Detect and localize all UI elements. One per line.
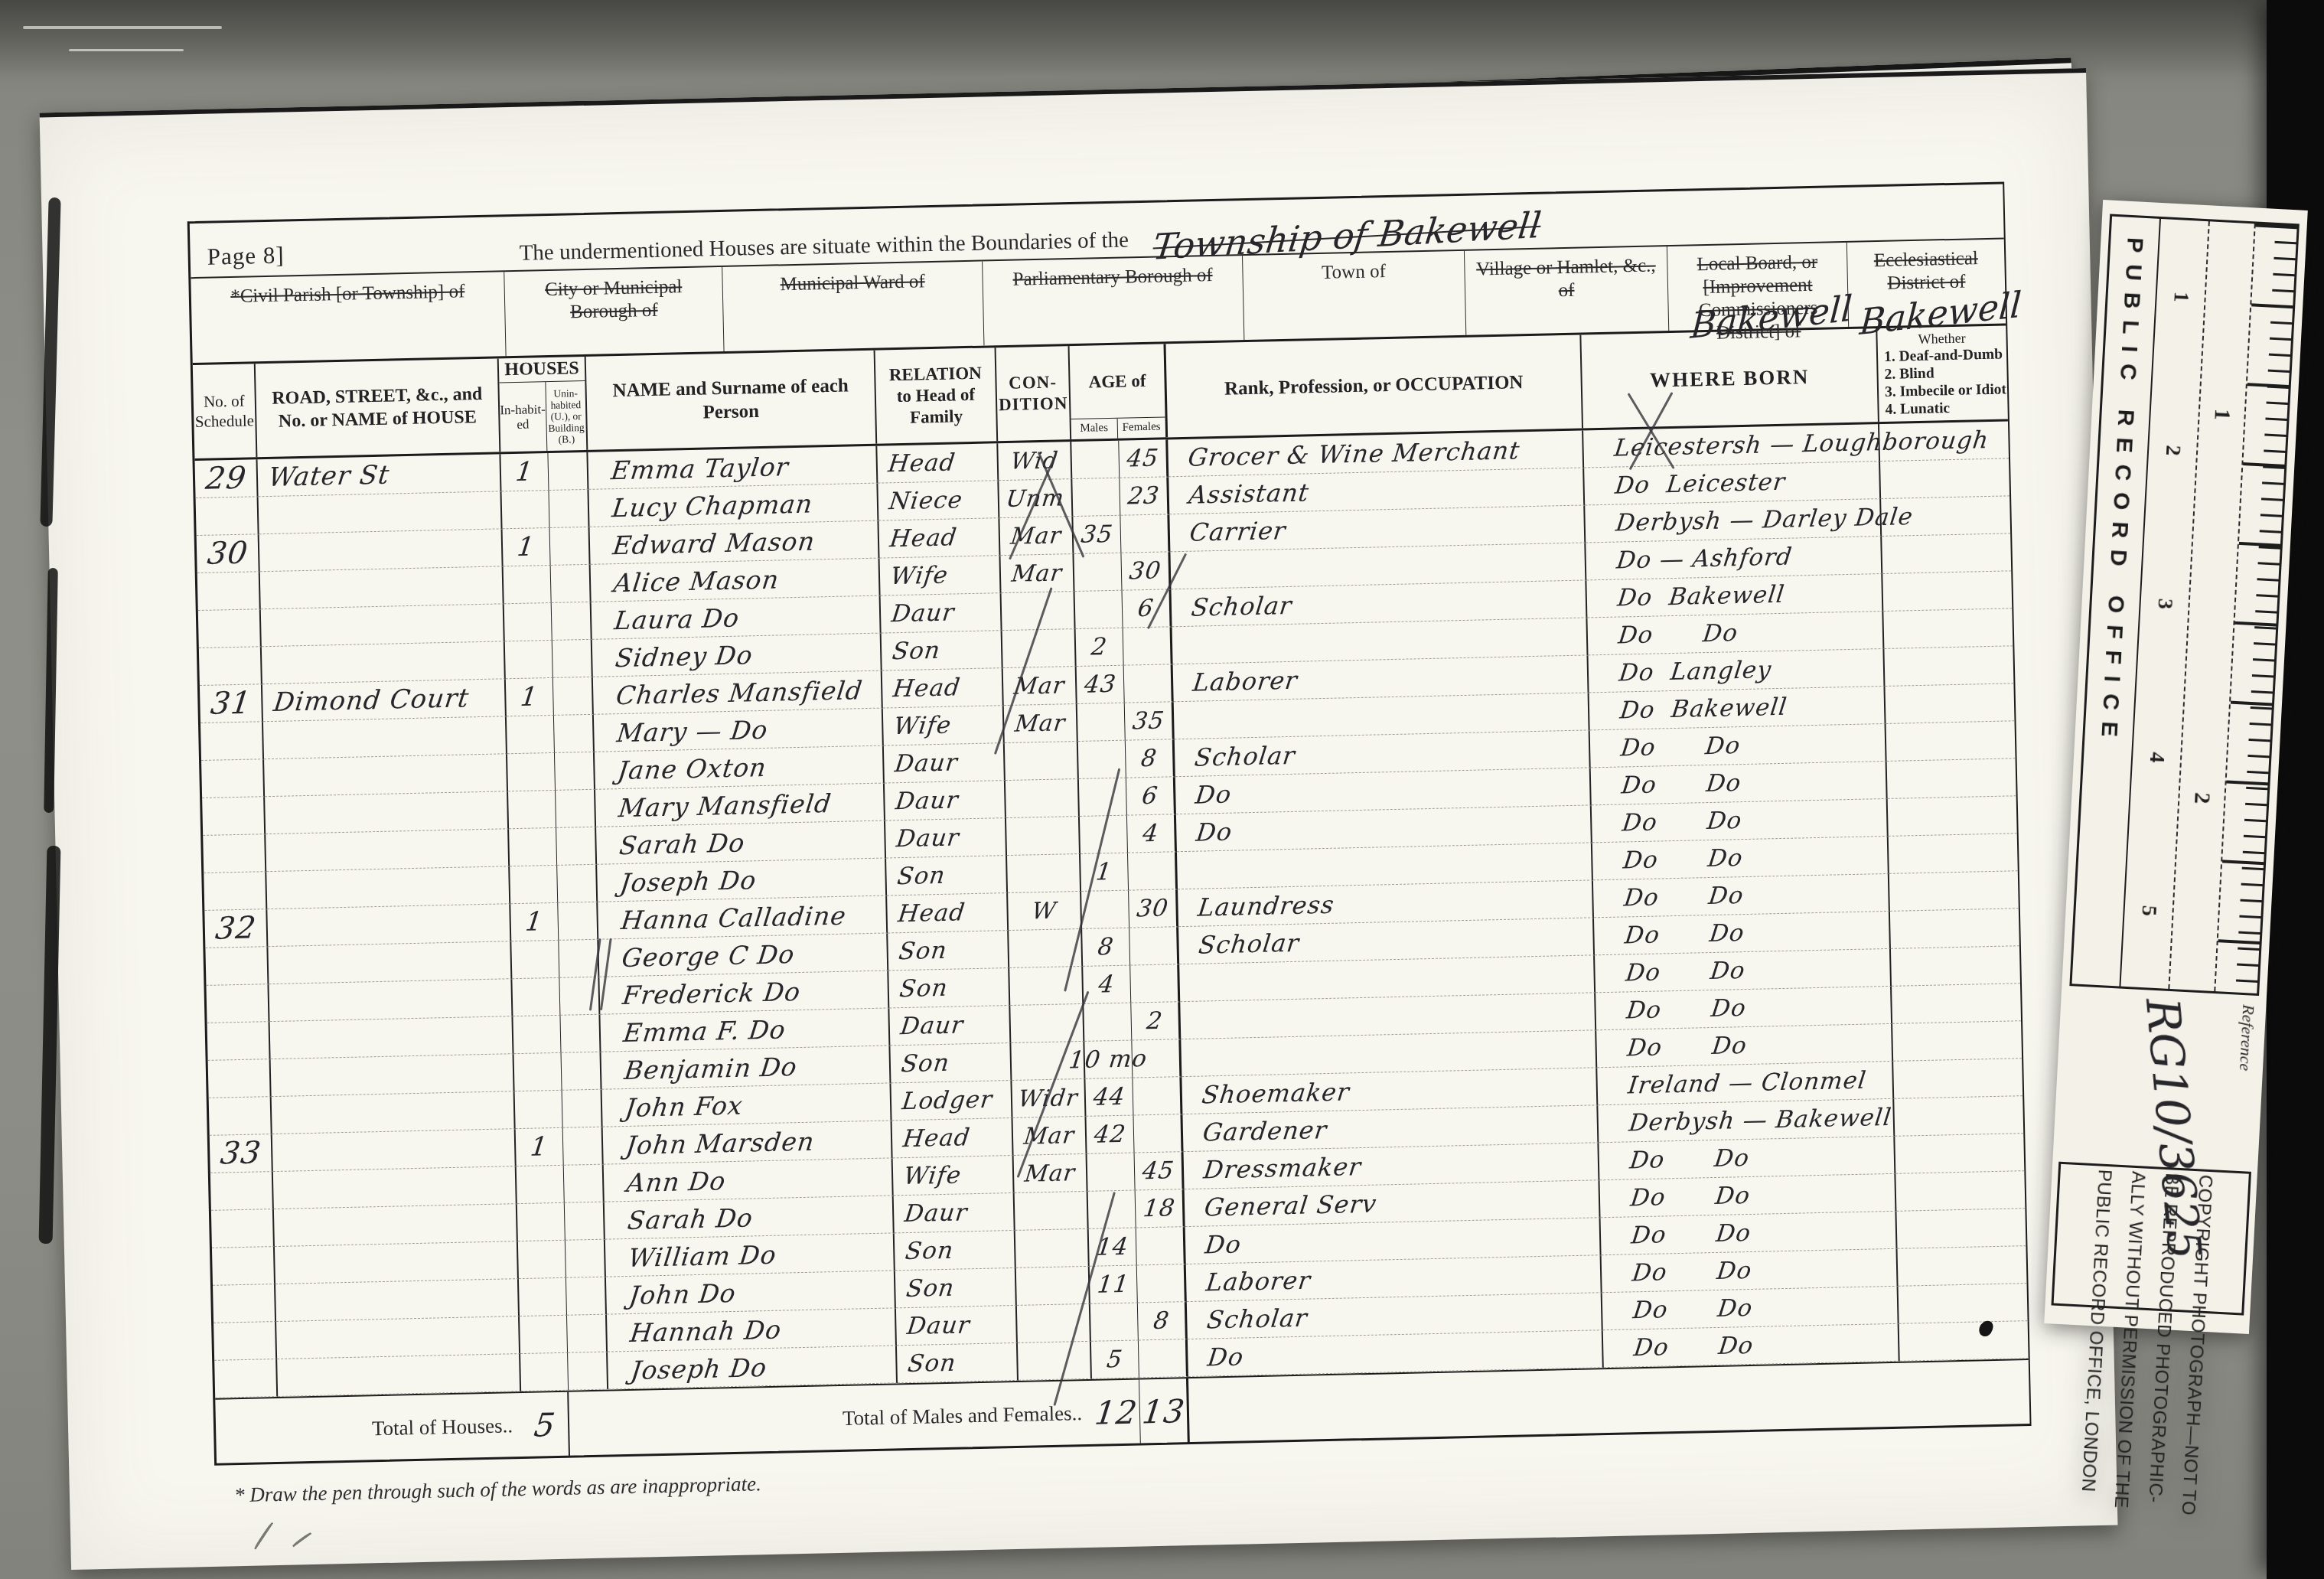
handwritten-entry: Scholar (1193, 741, 1297, 772)
handwritten-entry: 30 (205, 536, 249, 572)
cell-inhabited (507, 716, 555, 754)
cell-empty (1899, 1284, 2028, 1324)
cell-empty (1889, 871, 2019, 912)
cell-age_f: 35 (1125, 702, 1175, 740)
handwritten-entry: Daur (905, 1311, 971, 1340)
handwritten-entry: Do (1195, 817, 1234, 847)
cell-inhabited (514, 1053, 562, 1091)
cell-empty (563, 1127, 604, 1166)
cell-age_m: 11 (1090, 1265, 1138, 1303)
cell-empty (1882, 571, 2012, 612)
cell-relation: Head (877, 443, 999, 483)
handwritten-entry: 4 (1097, 971, 1116, 999)
form-frame: Page 8] The undermentioned Houses are si… (187, 181, 2032, 1465)
cell-schedule: 30 (197, 534, 260, 573)
cell-empty (1896, 1209, 2026, 1249)
copyright-line: PUBLIC RECORD OFFICE, LONDON (2081, 1169, 2121, 1303)
cell-born: Do Do (1587, 612, 1884, 655)
handwritten-entry: Son (906, 1349, 957, 1378)
cell-schedule (214, 1359, 278, 1398)
handwritten-entry: Do Do (1632, 1332, 1755, 1362)
cell-inhabited (519, 1278, 567, 1316)
cell-schedule (204, 872, 267, 911)
cell-schedule (206, 984, 269, 1023)
cell-road (261, 604, 505, 647)
cell-empty (1891, 946, 2020, 987)
cell-relation: Son (890, 1043, 1012, 1083)
cell-road (264, 754, 508, 797)
cell-road: Dimond Court (262, 679, 507, 722)
infirmity-item: 3. Imbecile or Idiot (1885, 380, 2006, 400)
cell-schedule (198, 609, 262, 648)
handwritten-entry: Head (887, 449, 957, 478)
cell-relation: Son (895, 1268, 1017, 1308)
handwritten-entry: Grocer & Wine Merchant (1186, 436, 1521, 472)
cell-condition: Mar (1000, 554, 1074, 593)
handwritten-entry: 30 (1128, 557, 1163, 586)
cell-road (266, 866, 510, 909)
cell-empty (1882, 533, 2011, 574)
cell-empty (553, 677, 594, 716)
cell-age_m: 43 (1077, 666, 1125, 704)
geo-column-7: Local Board, or [Improvement Commissione… (1667, 243, 1849, 331)
handwritten-entry: 4 (1141, 820, 1160, 848)
cell-empty (556, 790, 596, 828)
handwritten-entry: Carrier (1188, 516, 1288, 547)
cell-relation: Head (878, 518, 1000, 558)
cell-relation: Head (882, 668, 1004, 708)
cell-name: George C Do (598, 933, 888, 977)
cell-age_f (1124, 664, 1174, 703)
copyright-line: ALLY WITHOUT PERMISSION OF THE (2114, 1170, 2155, 1305)
cell-relation: Lodger (891, 1081, 1012, 1121)
cell-empty (1892, 984, 2021, 1024)
cell-age_m (1087, 1153, 1136, 1192)
cell-name: Hanna Calladine (598, 896, 888, 939)
cell-born: Do Do (1603, 1324, 1900, 1368)
handwritten-entry: W (1031, 897, 1058, 925)
reference-label: Reference (2235, 1004, 2259, 1072)
cell-road (259, 491, 503, 534)
handwritten-entry: Do — Ashford (1615, 543, 1794, 575)
census-table: No. of Schedule ROAD, STREET, &c., and N… (193, 323, 2030, 1463)
cell-relation: Daur (889, 1006, 1011, 1046)
handwritten-entry: 1 (519, 681, 539, 713)
ruler-number: 5 (2136, 905, 2161, 917)
cell-born: Derbysh — Darley Dale (1585, 499, 1882, 543)
cell-road (269, 979, 513, 1022)
header-occupation: Rank, Profession, or OCCUPATION (1165, 335, 1583, 438)
cell-inhabited (507, 753, 556, 791)
cell-inhabited (517, 1203, 566, 1241)
cell-name: Charles Mansfield (593, 671, 883, 715)
header-name: NAME and Surname of each Person (586, 351, 878, 450)
handwritten-entry: Son (898, 974, 950, 1003)
geo-column-4: Parliamentary Borough of (983, 256, 1244, 345)
cell-name: Sarah Do (605, 1196, 895, 1239)
cell-condition (1015, 1229, 1090, 1268)
header-relation: RELATION to Head of Family (875, 347, 999, 443)
handwritten-entry: Head (891, 674, 962, 703)
geo-column-label: Village or Hamlet, &c., of (1475, 254, 1657, 304)
cell-born: Do Do (1590, 724, 1887, 768)
handwritten-entry: Jane Oxton (616, 752, 768, 785)
cell-name: Joseph Do (597, 858, 887, 902)
handwritten-entry: 42 (1093, 1121, 1128, 1149)
cell-age_f (1129, 927, 1179, 965)
header-females: Females (1117, 417, 1165, 438)
cell-name: Laura Do (592, 596, 882, 640)
cell-inhabited (512, 978, 560, 1016)
cell-inhabited (513, 1016, 561, 1054)
cell-age_f (1133, 1077, 1182, 1115)
ruler-number: 4 (2144, 752, 2169, 764)
header-houses-title: HOUSES (499, 357, 585, 383)
handwritten-entry: Do Do (1622, 882, 1745, 912)
cell-born: Do Bakewell (1586, 574, 1883, 618)
cell-condition (1009, 967, 1084, 1006)
cell-inhabited (509, 828, 557, 866)
cell-born: Do Do (1594, 912, 1891, 955)
cell-age_f (1137, 1264, 1187, 1303)
cell-age_m: 5 (1091, 1340, 1139, 1378)
cell-age_f (1123, 627, 1173, 665)
cell-age_f: 45 (1119, 439, 1169, 478)
handwritten-entry: Do Do (1620, 769, 1742, 800)
cell-name: Emma Taylor (588, 446, 878, 490)
film-scratch (69, 49, 184, 51)
header-houses-sub: In-habit-ed Unin-habited (U.), or Buildi… (499, 381, 586, 452)
cell-age_m: 2 (1076, 628, 1124, 667)
cell-name: Ann Do (604, 1158, 894, 1202)
header-age: AGE of Males Females (1070, 344, 1169, 439)
handwritten-entry: Daur (893, 749, 959, 778)
handwritten-entry: 32 (213, 910, 258, 946)
cell-inhabited (517, 1166, 565, 1204)
cell-road (272, 1129, 517, 1172)
cell-road (259, 529, 504, 572)
handwritten-entry: Do Do (1622, 844, 1744, 875)
cell-relation: Head (887, 893, 1009, 933)
cell-name: Jane Oxton (595, 746, 885, 790)
handwritten-entry: Son (891, 637, 942, 665)
cell-inhabited (520, 1316, 568, 1354)
cell-schedule (212, 1247, 275, 1286)
handwritten-entry: 23 (1126, 482, 1161, 511)
geo-column-label: Town of (1322, 260, 1386, 285)
handwritten-entry: 11 (1096, 1271, 1131, 1299)
handwritten-entry: Son (904, 1237, 955, 1265)
handwritten-entry: Laura Do (613, 602, 742, 635)
cell-age_m: 4 (1083, 966, 1131, 1004)
header-road: ROAD, STREET, &c., and No. or NAME of HO… (256, 358, 501, 457)
cell-name: John Do (606, 1271, 896, 1314)
cell-empty (565, 1202, 605, 1241)
cell-relation: Niece (878, 481, 999, 520)
handwritten-entry: Head (897, 899, 967, 928)
handwritten-entry: Mar (1010, 560, 1064, 588)
geo-column-label: Municipal Ward of (780, 270, 925, 296)
cell-empty (1898, 1246, 2027, 1287)
cell-schedule (197, 572, 261, 611)
handwritten-entry: Derbysh — Darley Dale (1615, 503, 1915, 537)
cell-empty (566, 1240, 606, 1278)
cell-schedule: 33 (210, 1134, 273, 1173)
cell-name: Sidney Do (592, 634, 882, 677)
handwritten-entry: Lucy Chapman (611, 488, 815, 523)
ruler-number: 1 (2168, 291, 2193, 303)
film-scratch (23, 26, 222, 29)
handwritten-entry: Do Do (1631, 1257, 1753, 1287)
handwritten-entry: Sarah Do (626, 1202, 755, 1235)
cell-relation: Son (895, 1231, 1016, 1271)
cell-age_f: 45 (1135, 1152, 1185, 1190)
cell-empty (1899, 1321, 2029, 1362)
handwritten-entry: Do Do (1624, 957, 1746, 987)
cell-born: Do Do (1596, 1024, 1893, 1068)
form-footnote: * Draw the pen through such of the words… (234, 1472, 762, 1507)
handwritten-entry: Do Bakewell (1616, 581, 1787, 612)
handwritten-entry: 1 (524, 906, 545, 938)
handwritten-entry: Laborer (1191, 666, 1299, 697)
cell-empty (566, 1277, 607, 1316)
handwritten-entry: Mary Mansfield (617, 788, 833, 822)
header-inhabited: In-habit-ed (499, 382, 547, 452)
geo-column-label: *Civil Parish [or Township] of (230, 280, 465, 308)
cell-relation: Son (897, 1343, 1019, 1383)
cell-empty (548, 452, 588, 491)
cell-relation: Wife (893, 1156, 1015, 1196)
cell-name: Emma F. Do (600, 1008, 890, 1052)
cell-empty (1892, 1021, 2022, 1062)
infirmity-item: 4. Lunatic (1885, 398, 2006, 418)
header-males: Males (1071, 419, 1118, 439)
cell-inhabited (504, 566, 552, 604)
cell-relation: Daur (881, 593, 1002, 633)
reference-section: Reference RG10/3625 (2052, 986, 2267, 1173)
handwritten-entry: Niece (888, 486, 964, 515)
cell-condition (1015, 1192, 1089, 1231)
ruler-number: 1 (2208, 408, 2235, 421)
handwritten-entry: Ann Do (625, 1166, 728, 1198)
handwritten-entry: Son (895, 862, 947, 890)
cell-inhabited (515, 1091, 563, 1129)
cell-born: Do Do (1602, 1287, 1899, 1330)
cell-schedule (211, 1209, 275, 1248)
cell-inhabited: 1 (506, 678, 554, 716)
cell-age_m: 1 (1081, 853, 1129, 892)
cell-relation: Son (888, 931, 1009, 971)
cell-born: Do Do (1599, 1137, 1895, 1180)
header-infirmity-items: 1. Deaf-and-Dumb2. Blind3. Imbecile or I… (1884, 345, 2007, 418)
cell-born: Do Do (1592, 799, 1889, 843)
cell-empty (1890, 909, 2019, 949)
cell-born: Do Do (1602, 1249, 1899, 1293)
cell-schedule (210, 1172, 274, 1211)
cell-inhabited (520, 1353, 569, 1391)
cell-condition (1018, 1342, 1092, 1381)
cell-condition: Mar (999, 517, 1074, 556)
cell-road (275, 1241, 519, 1284)
header-uninhabited: Unin-habited (U.), or Building (B.) (546, 381, 586, 451)
cell-empty (549, 490, 589, 528)
cell-empty (567, 1315, 608, 1353)
cell-condition: Mar (1013, 1117, 1087, 1156)
cell-empty (562, 1090, 603, 1128)
handwritten-entry: Charles Mansfield (614, 675, 865, 710)
geo-column-6: Village or Hamlet, &c., of (1465, 246, 1669, 335)
cell-relation: Son (888, 968, 1010, 1008)
cell-empty (552, 602, 592, 641)
handwritten-entry: Mar (1013, 710, 1067, 738)
handwritten-entry: Derbysh — Bakewell (1628, 1104, 1893, 1137)
cell-schedule (205, 947, 269, 986)
cell-born: Do Bakewell (1589, 687, 1886, 730)
handwritten-entry: Daur (890, 599, 956, 628)
handwritten-entry: Frederick Do (621, 976, 803, 1010)
handwritten-entry: Mar (1023, 1160, 1077, 1188)
cell-name: William Do (605, 1233, 895, 1277)
cell-condition (1010, 1004, 1084, 1043)
handwritten-entry: John Marsden (624, 1126, 816, 1160)
cell-condition (1007, 854, 1081, 893)
handwritten-entry: John Fox (624, 1090, 745, 1122)
cell-born: Leicestersh — Loughborough (1583, 424, 1880, 468)
cell-schedule (202, 797, 266, 836)
cell-born: Ireland — Clonmel (1597, 1062, 1894, 1105)
pencil-mark (253, 1522, 274, 1550)
handwritten-entry: Wife (889, 562, 950, 591)
handwritten-entry: Laborer (1204, 1265, 1312, 1297)
total-houses-label: Total of Houses.. (215, 1393, 523, 1464)
microfilm-photo: Page 8] The undermentioned Houses are si… (0, 0, 2324, 1579)
cell-condition (1006, 817, 1081, 856)
cell-condition (1006, 779, 1080, 818)
handwritten-entry: 10 mo (1067, 1045, 1149, 1074)
cell-empty (1895, 1171, 2025, 1212)
cell-name: Alice Mason (591, 559, 881, 602)
cell-road (265, 791, 509, 834)
cell-age_f (1136, 1227, 1186, 1265)
cell-relation: Head (892, 1118, 1014, 1158)
ruler-number: 2 (2189, 791, 2215, 804)
cell-empty (1883, 608, 2013, 649)
handwritten-entry: General Serv (1203, 1189, 1379, 1222)
cell-age_f: 18 (1136, 1189, 1185, 1228)
cell-road (275, 1279, 520, 1322)
cell-age_m: 42 (1086, 1116, 1134, 1154)
handwritten-entry: Scholar (1190, 591, 1294, 622)
cell-age_f: 4 (1127, 814, 1177, 853)
cell-empty (554, 715, 595, 753)
cell-inhabited (501, 491, 549, 529)
handwritten-entry: Daur (894, 786, 960, 815)
cell-road (262, 641, 506, 684)
geo-column-2: City or Municipal Borough of (504, 267, 724, 356)
handwritten-entry: 35 (1080, 520, 1115, 549)
cell-schedule (201, 759, 265, 798)
cell-inhabited (504, 603, 552, 641)
cell-road (267, 904, 511, 947)
cell-name: Frederick Do (599, 971, 889, 1014)
handwritten-entry: Laundress (1196, 890, 1336, 922)
handwritten-entry: Water St (267, 459, 392, 493)
cell-inhabited (511, 941, 559, 979)
cell-name: Benjamin Do (601, 1046, 891, 1089)
handwritten-entry: Do Do (1626, 1032, 1749, 1062)
cell-age_f: 8 (1138, 1302, 1188, 1340)
cell-age_m: 8 (1082, 928, 1130, 967)
cell-born: Do — Ashford (1586, 537, 1882, 580)
handwritten-entry: Edward Mason (611, 526, 817, 560)
cell-road: Water St (257, 454, 501, 497)
cell-condition (1005, 742, 1079, 781)
cell-name: Edward Mason (590, 521, 880, 565)
cell-empty (556, 827, 597, 866)
cell-schedule (213, 1322, 277, 1361)
cell-inhabited (508, 791, 556, 829)
handwritten-entry: 8 (1152, 1307, 1171, 1336)
header-houses: HOUSES In-habit-ed Unin-habited (U.), or… (499, 357, 588, 452)
cell-schedule (199, 647, 262, 686)
cell-inhabited: 1 (503, 528, 551, 566)
cell-schedule: 29 (195, 459, 259, 498)
handwritten-entry: 6 (1140, 782, 1159, 811)
cell-schedule: 31 (200, 684, 263, 723)
cell-age_m (1071, 441, 1120, 479)
cell-age_m (1077, 703, 1126, 742)
handwritten-entry: Do Do (1631, 1294, 1754, 1325)
cell-empty (557, 865, 598, 903)
header-age-title: AGE of (1070, 344, 1165, 419)
cell-born: Do Do (1601, 1212, 1898, 1255)
total-males-value: 12 (1092, 1379, 1141, 1444)
cell-inhabited: 1 (510, 903, 559, 941)
infirmity-item: 2. Blind (1884, 363, 2006, 383)
cell-age_f (1128, 852, 1178, 890)
cell-age_f: 6 (1126, 777, 1176, 815)
cell-road (273, 1166, 517, 1209)
cell-empty (1880, 458, 2009, 499)
geo-column-5: Town of (1243, 251, 1466, 340)
cell-inhabited (505, 641, 553, 679)
cell-name: Sarah Do (596, 821, 886, 865)
handwritten-entry: Dimond Court (272, 683, 471, 718)
geo-column-1: *Civil Parish [or Township] of (191, 272, 506, 363)
cell-relation: Daur (885, 781, 1006, 820)
handwritten-entry: Do Do (1630, 1219, 1752, 1250)
cell-relation: Daur (885, 818, 1007, 858)
cell-born: Do Do (1593, 874, 1890, 918)
cell-empty (560, 1015, 601, 1053)
handwritten-entry: Daur (903, 1199, 969, 1228)
handwritten-entry: Joseph Do (629, 1352, 768, 1385)
handwritten-entry: 29 (204, 461, 248, 497)
geo-column-label: Parliamentary Borough of (1012, 264, 1213, 292)
cell-age_f (1130, 964, 1180, 1003)
cell-empty (568, 1352, 608, 1391)
cell-condition: Mar (1004, 704, 1078, 743)
cell-empty (1888, 796, 2017, 837)
cell-name: John Fox (602, 1083, 892, 1127)
cell-inhabited (510, 866, 558, 904)
cell-age_f: 23 (1120, 477, 1169, 515)
cell-schedule (208, 1059, 272, 1098)
handwritten-entry: 45 (1125, 445, 1160, 473)
cell-age_m (1090, 1303, 1139, 1341)
handwritten-entry: Assistant (1188, 478, 1311, 510)
table-body: 29Water St1Emma TaylorHeadWid45Grocer & … (195, 421, 2029, 1398)
